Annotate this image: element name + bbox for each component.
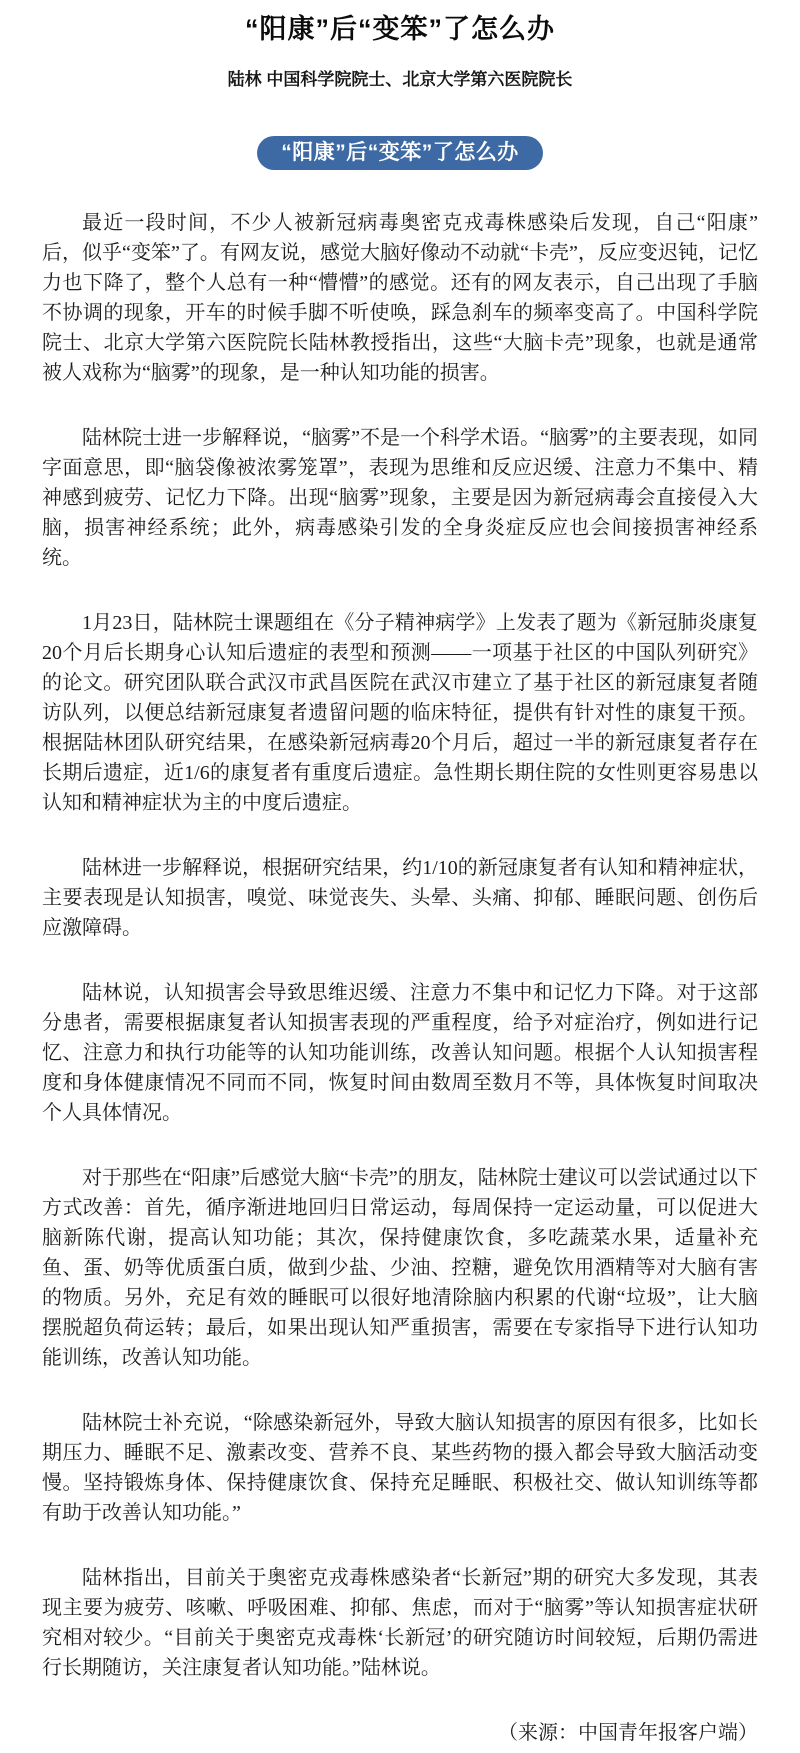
article-byline: 陆林 中国科学院院士、北京大学第六医院院长 (0, 69, 800, 91)
paragraph: 陆林说，认知损害会导致思维迟缓、注意力不集中和记忆力下降。对于这部分患者，需要根… (42, 978, 758, 1128)
source-attribution: （来源：中国青年报客户端） (42, 1718, 758, 1748)
article-page: “阳康”后“变笨”了怎么办 陆林 中国科学院院士、北京大学第六医院院长 “阳康”… (0, 0, 800, 1753)
badge-row: “阳康”后“变笨”了怎么办 (0, 136, 800, 170)
title-badge: “阳康”后“变笨”了怎么办 (257, 136, 543, 170)
paragraph: 陆林指出，目前关于奥密克戎毒株感染者“长新冠”期的研究大多发现，其表现主要为疲劳… (42, 1563, 758, 1683)
paragraph: 陆林院士进一步解释说，“脑雾”不是一个科学术语。“脑雾”的主要表现，如同字面意思… (42, 423, 758, 573)
paragraph: 陆林进一步解释说，根据研究结果，约1/10的新冠康复者有认知和精神症状，主要表现… (42, 853, 758, 943)
paragraph: 陆林院士补充说，“除感染新冠外，导致大脑认知损害的原因有很多，比如长期压力、睡眠… (42, 1408, 758, 1528)
paragraph: 对于那些在“阳康”后感觉大脑“卡壳”的朋友，陆林院士建议可以尝试通过以下方式改善… (42, 1163, 758, 1373)
paragraph: 最近一段时间，不少人被新冠病毒奥密克戎毒株感染后发现，自己“阳康”后，似乎“变笨… (42, 208, 758, 388)
article-title: “阳康”后“变笨”了怎么办 (0, 12, 800, 46)
paragraph: 1月23日，陆林院士课题组在《分子精神病学》上发表了题为《新冠肺炎康复20个月后… (42, 608, 758, 818)
article-body: 最近一段时间，不少人被新冠病毒奥密克戎毒株感染后发现，自己“阳康”后，似乎“变笨… (42, 208, 758, 1683)
